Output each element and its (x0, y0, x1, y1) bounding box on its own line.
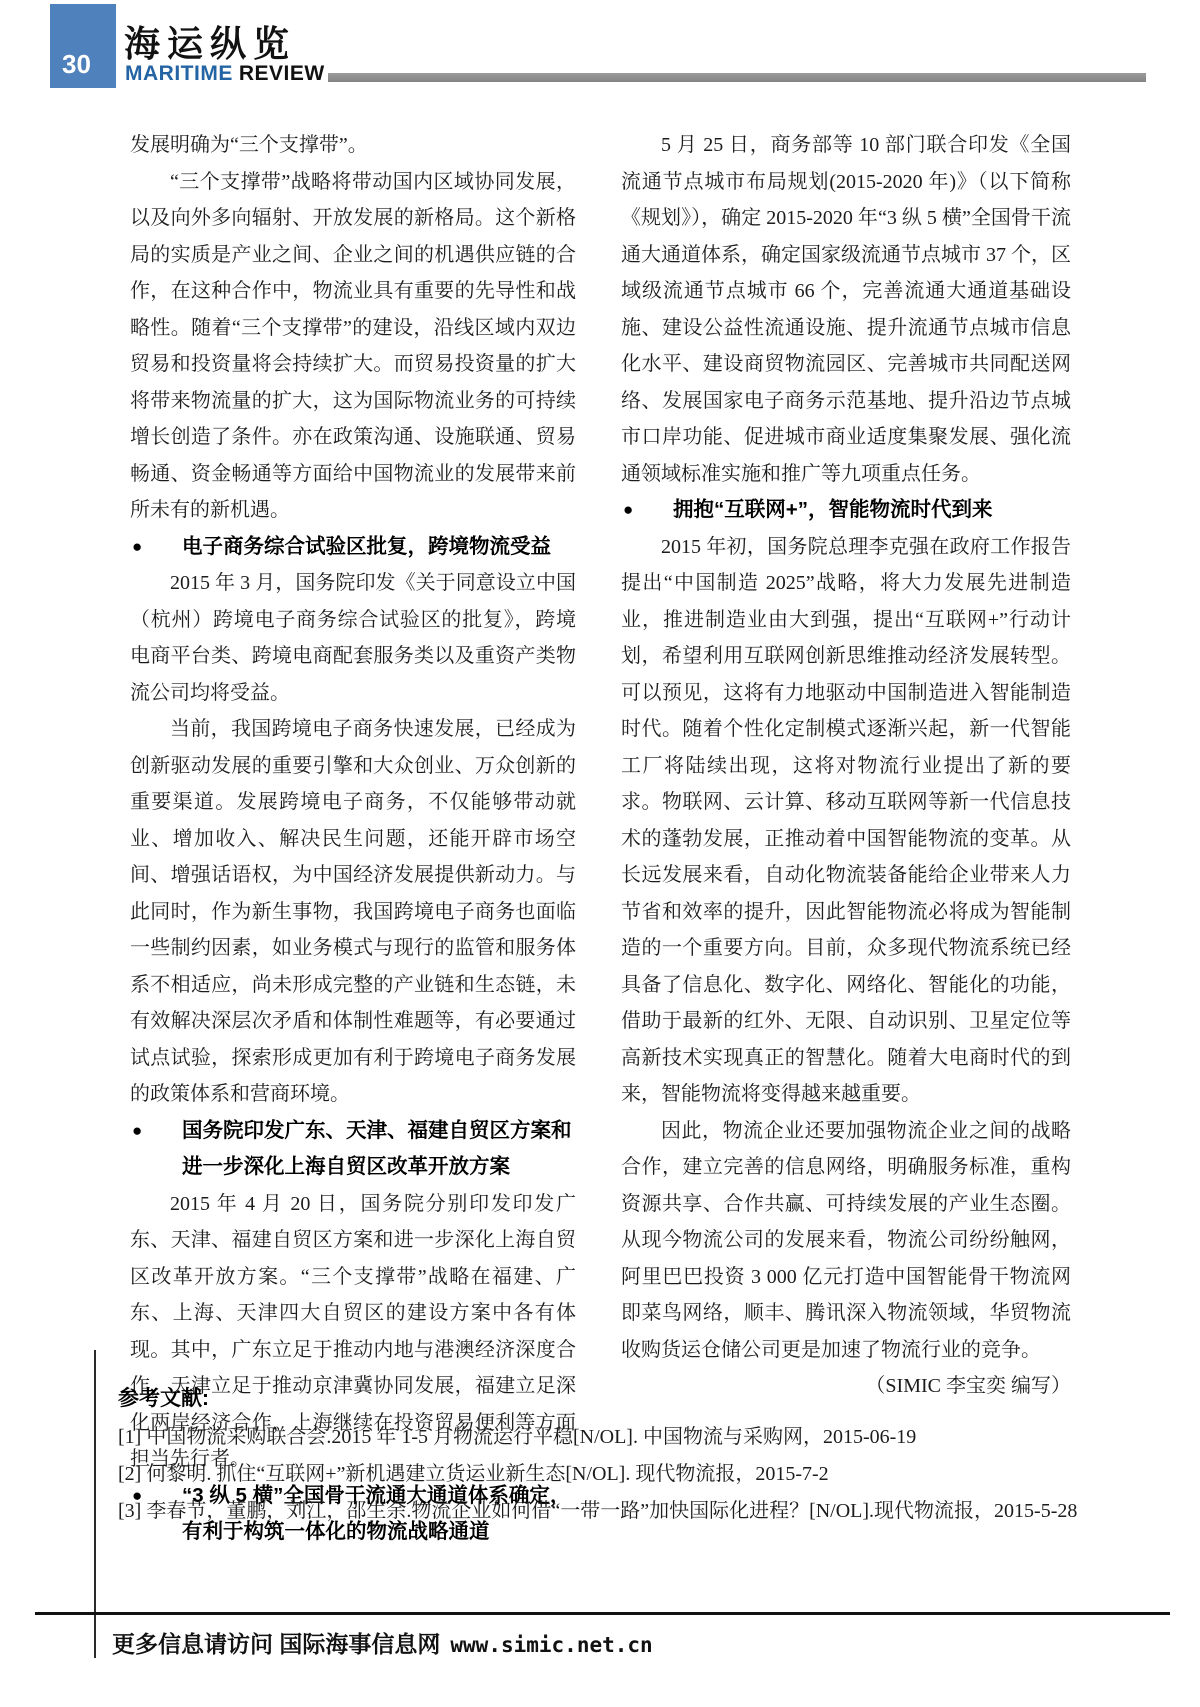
magazine-page: 30 海运纵览 MARITIMEREVIEW 发展明确为“三个支撑带”。 “三个… (0, 0, 1200, 1707)
header-rule (328, 73, 1146, 82)
paragraph: 5 月 25 日，商务部等 10 部门联合印发《全国流通节点城市布局规划(201… (621, 127, 1071, 492)
bullet-icon: ● (132, 1113, 142, 1150)
right-column: 5 月 25 日，商务部等 10 部门联合印发《全国流通节点城市布局规划(201… (621, 127, 1071, 1405)
footer: 更多信息请访问 国际海事信息网www.simic.net.cn (112, 1626, 653, 1659)
section-heading: ●国务院印发广东、天津、福建自贸区方案和进一步深化上海自贸区改革开放方案 (130, 1113, 576, 1186)
section-heading-label: 国务院印发广东、天津、福建自贸区方案和进一步深化上海自贸区改革开放方案 (182, 1119, 572, 1179)
paragraph: “三个支撑带”战略将带动国内区域协同发展，以及向外多向辐射、开放发展的新格局。这… (130, 164, 576, 529)
bullet-icon: ● (623, 492, 633, 529)
section-heading: ●电子商务综合试验区批复，跨境物流受益 (130, 529, 576, 566)
page-subtitle: MARITIMEREVIEW (125, 62, 325, 86)
page-number-badge: 30 (50, 4, 116, 88)
section-heading-label: 拥抱“互联网+”，智能物流时代到来 (673, 498, 992, 521)
paragraph: 发展明确为“三个支撑带”。 (130, 127, 576, 164)
reference-item: [3] 李春节，董鹏，刘江，邵生余.物流企业如何借“一带一路”加快国际化进程？[… (118, 1499, 1080, 1523)
references-section: 参考文献: [1] 中国物流采购联合会.2015 年 1-5 月物流运行平稳[N… (118, 1382, 1080, 1523)
subtitle-maritime: MARITIME (125, 62, 233, 85)
subtitle-review: REVIEW (239, 62, 325, 85)
reference-item: [1] 中国物流采购联合会.2015 年 1-5 月物流运行平稳[N/OL]. … (118, 1425, 1080, 1449)
paragraph: 2015 年 3 月，国务院印发《关于同意设立中国（杭州）跨境电子商务综合试验区… (130, 565, 576, 711)
page-title: 海运纵览 (124, 16, 296, 67)
reference-item: [2] 何黎明. 抓住“互联网+”新机遇建立货运业新生态[N/OL]. 现代物流… (118, 1462, 1080, 1486)
footer-label: 更多信息请访问 国际海事信息网 (112, 1631, 440, 1657)
footer-url: www.simic.net.cn (450, 1633, 652, 1657)
section-heading-label: 电子商务综合试验区批复，跨境物流受益 (182, 535, 551, 558)
paragraph: 当前，我国跨境电子商务快速发展，已经成为创新驱动发展的重要引擎和大众创业、万众创… (130, 711, 576, 1113)
section-heading: ●拥抱“互联网+”，智能物流时代到来 (621, 492, 1071, 529)
references-heading: 参考文献: (118, 1382, 1080, 1412)
bullet-icon: ● (132, 529, 142, 566)
footer-horizontal-rule (35, 1612, 1170, 1615)
left-column: 发展明确为“三个支撑带”。 “三个支撑带”战略将带动国内区域协同发展，以及向外多… (130, 127, 576, 1551)
paragraph: 2015 年初，国务院总理李克强在政府工作报告提出“中国制造 2025”战略，将… (621, 529, 1071, 1113)
page-number: 30 (50, 49, 91, 88)
paragraph: 因此，物流企业还要加强物流企业之间的战略合作，建立完善的信息网络，明确服务标准，… (621, 1113, 1071, 1369)
